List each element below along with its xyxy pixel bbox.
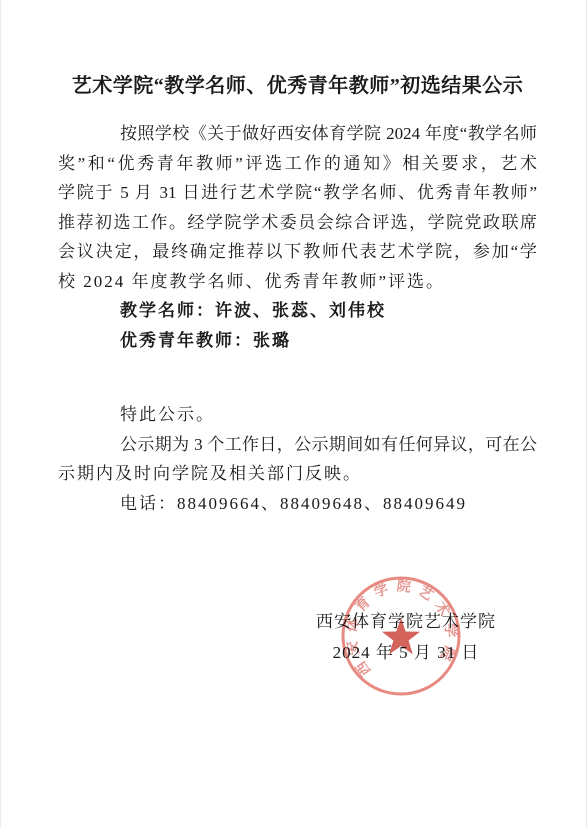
phone-line: 电话：88409664、88409648、88409649: [58, 489, 537, 519]
body-line: 推荐初选工作。经学院学术委员会综合评选，学院党政联席: [58, 208, 537, 238]
body-line: 奖”和“优秀青年教师”评选工作的通知》相关要求，艺术: [58, 149, 537, 179]
notice-line: 特此公示。: [58, 400, 537, 430]
body-line: 校 2024 年度教学名师、优秀青年教师”评选。: [58, 267, 537, 297]
publicity-line: 示期内及时向学院及相关部门反映。: [58, 459, 537, 489]
document-title: 艺术学院“教学名师、优秀青年教师”初选结果公示: [58, 74, 537, 98]
document-content: 艺术学院“教学名师、优秀青年教师”初选结果公示 按照学校《关于做好西安体育学院 …: [58, 0, 537, 518]
document-page: 艺术学院“教学名师、优秀青年教师”初选结果公示 按照学校《关于做好西安体育学院 …: [0, 0, 587, 828]
famous-teacher-line: 教学名师：许波、张蕊、刘伟校: [58, 296, 537, 326]
body-line: 学院于 5 月 31 日进行艺术学院“教学名师、优秀青年教师”: [58, 178, 537, 208]
young-teacher-line: 优秀青年教师：张璐: [58, 326, 537, 356]
publicity-line: 公示期为 3 个工作日，公示期间如有任何异议，可在公: [58, 430, 537, 460]
signature-org: 西安体育学院艺术学院: [302, 607, 510, 638]
signature-block: 西安体育学院艺术学院 2024 年 5 月 31 日: [302, 607, 510, 668]
body-line: 会议决定，最终确定推荐以下教师代表艺术学院，参加“学: [58, 237, 537, 267]
body-paragraph: 按照学校《关于做好西安体育学院 2024 年度“教学名师 奖”和“优秀青年教师”…: [58, 119, 537, 296]
signature-date: 2024 年 5 月 31 日: [302, 638, 510, 669]
body-line: 按照学校《关于做好西安体育学院 2024 年度“教学名师: [58, 119, 537, 149]
